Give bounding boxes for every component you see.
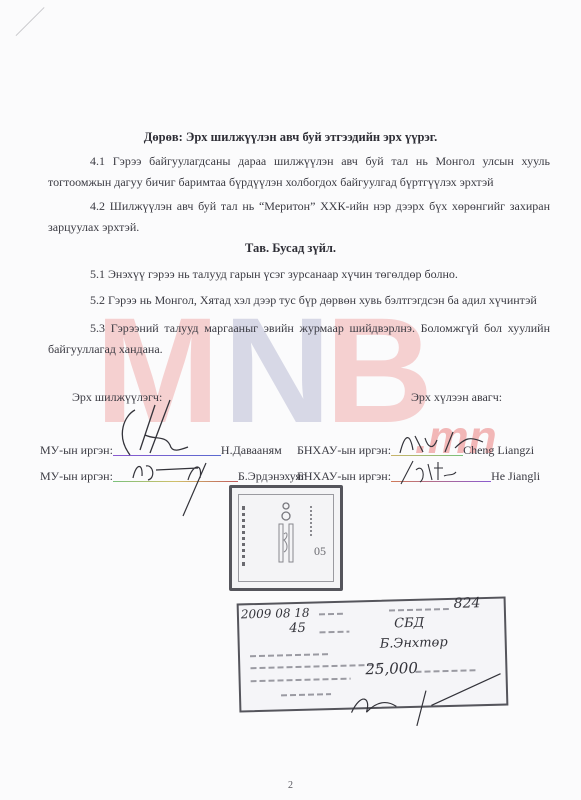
citizen-prefix: МУ-ын иргэн: [40, 443, 113, 457]
citizen-prefix: МУ-ын иргэн: [40, 469, 113, 483]
receipt-printed-text [250, 653, 330, 657]
page-number: 2 [0, 780, 581, 791]
signature-row-2-right: БНХАУ-ын иргэн:He Jiangli [297, 469, 540, 484]
receipt-date: 2009 08 18 [241, 606, 310, 622]
receipt-printed-text [251, 678, 351, 683]
receipt-printed-text [389, 608, 449, 612]
clause-5-3: 5.3 Гэрээний талууд маргааныг эвийн журм… [48, 318, 550, 360]
clause-4-1-text: 4.1 Гэрээ байгуулагдсаны дараа шилжүүлэн… [48, 154, 550, 189]
page-fold-mark [0, 0, 45, 36]
section-4-heading: Дөрөв: Эрх шилжүүлэн авч буй этгээдийн э… [0, 130, 581, 145]
transferee-label: Эрх хүлээн авагч: [411, 390, 502, 405]
fee-receipt-stamp: 2009 08 18 824 45 СБД Б.Энхтөр 25,000 [237, 596, 509, 712]
clause-5-2: 5.2 Гэрээ нь Монгол, Хятад хэл дээр тус … [48, 290, 550, 311]
seal-vertical-text [310, 506, 318, 536]
signer-name: Н.Давааням [221, 443, 282, 457]
clause-5-3-text: 5.3 Гэрээний талууд маргааныг эвийн журм… [48, 321, 550, 356]
citizen-prefix: БНХАУ-ын иргэн: [297, 443, 391, 457]
seal-number: 05 [314, 544, 326, 559]
official-seal-stamp: 05 [229, 485, 343, 591]
signer-name: Б.Эрдэнэхуяг [238, 469, 306, 483]
signature-line [113, 455, 221, 456]
receipt-district: СБД [394, 616, 424, 632]
clause-5-2-text: 5.2 Гэрээ нь Монгол, Хятад хэл дээр тус … [90, 293, 537, 307]
signature-line [391, 481, 491, 482]
clause-4-2: 4.2 Шилжүүлэн авч буй тал нь “Меритон” Х… [48, 196, 550, 238]
signature-line [113, 481, 238, 482]
receipt-signer: Б.Энхтөр [380, 635, 448, 652]
signature-row-1-right: БНХАУ-ын иргэн:Cheng Liangzi [297, 443, 534, 458]
receipt-printed-text [281, 693, 331, 696]
receipt-printed-text [319, 631, 349, 634]
section-5-heading: Тав. Бусад зүйл. [0, 241, 581, 256]
soyombo-emblem-icon [276, 500, 296, 570]
signer-name: He Jiangli [491, 469, 540, 483]
signature-line [391, 455, 463, 456]
receipt-number: 824 [453, 595, 480, 612]
receipt-printed-text [250, 664, 380, 669]
transferor-label: Эрх шилжүүлэгч: [72, 390, 162, 405]
clause-5-1-text: 5.1 Энэхүү гэрээ нь талууд гарын үсэг зу… [90, 267, 458, 281]
citizen-prefix: БНХАУ-ын иргэн: [297, 469, 391, 483]
clause-4-1: 4.1 Гэрээ байгуулагдсаны дараа шилжүүлэн… [48, 151, 550, 193]
seal-mongolian-script [242, 506, 255, 566]
receipt-field-45: 45 [289, 621, 306, 636]
receipt-printed-text [319, 613, 343, 616]
signature-row-1: МУ-ын иргэн:Н.Давааням [40, 443, 282, 458]
signature-erdenekhuyag [128, 458, 218, 518]
receipt-signature [345, 669, 507, 733]
signer-name: Cheng Liangzi [463, 443, 534, 457]
clause-4-2-text: 4.2 Шилжүүлэн авч буй тал нь “Меритон” Х… [48, 199, 550, 234]
signature-row-2: МУ-ын иргэн:Б.Эрдэнэхуяг [40, 469, 306, 484]
clause-5-1: 5.1 Энэхүү гэрээ нь талууд гарын үсэг зу… [48, 264, 550, 285]
